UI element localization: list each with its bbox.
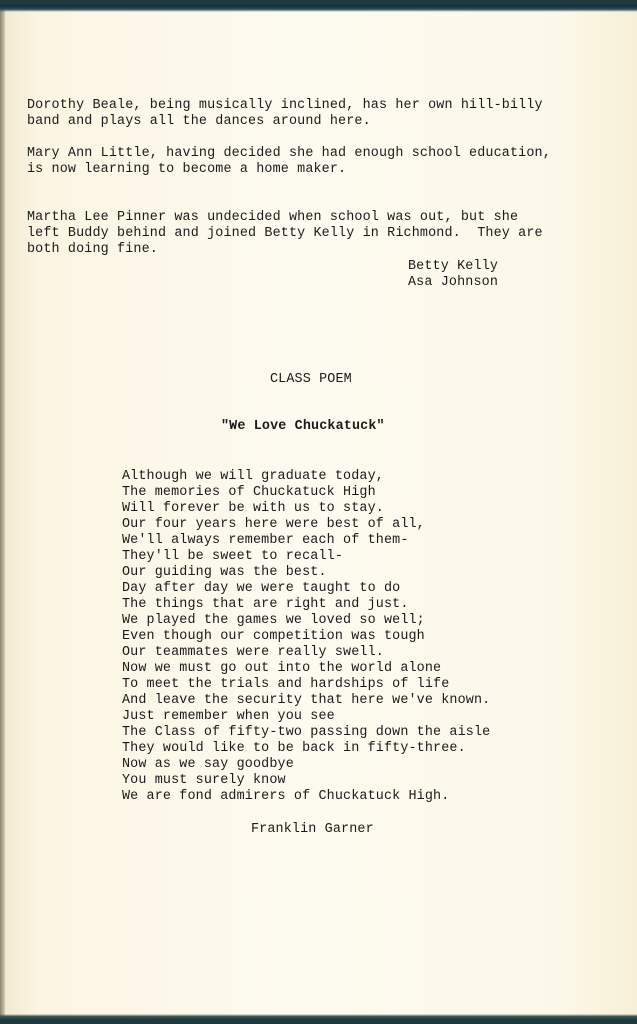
prophecy-paragraph-pinner: Martha Lee Pinner was undecided when sch… (27, 210, 543, 258)
prophecy-authors: Betty Kelly Asa Johnson (408, 259, 498, 291)
poem-body: Although we will graduate today, The mem… (122, 469, 490, 805)
scan-top-edge (0, 5, 637, 12)
prophecy-paragraph-little: Mary Ann Little, having decided she had … (27, 146, 551, 178)
document-page: Dorothy Beale, being musically inclined,… (0, 5, 637, 1020)
prophecy-paragraph-beale: Dorothy Beale, being musically inclined,… (27, 98, 543, 130)
poem-section-heading: CLASS POEM (270, 372, 352, 388)
scan-bottom-edge (0, 1014, 637, 1020)
poem-author: Franklin Garner (251, 822, 374, 838)
poem-title: "We Love Chuckatuck" (221, 419, 385, 435)
